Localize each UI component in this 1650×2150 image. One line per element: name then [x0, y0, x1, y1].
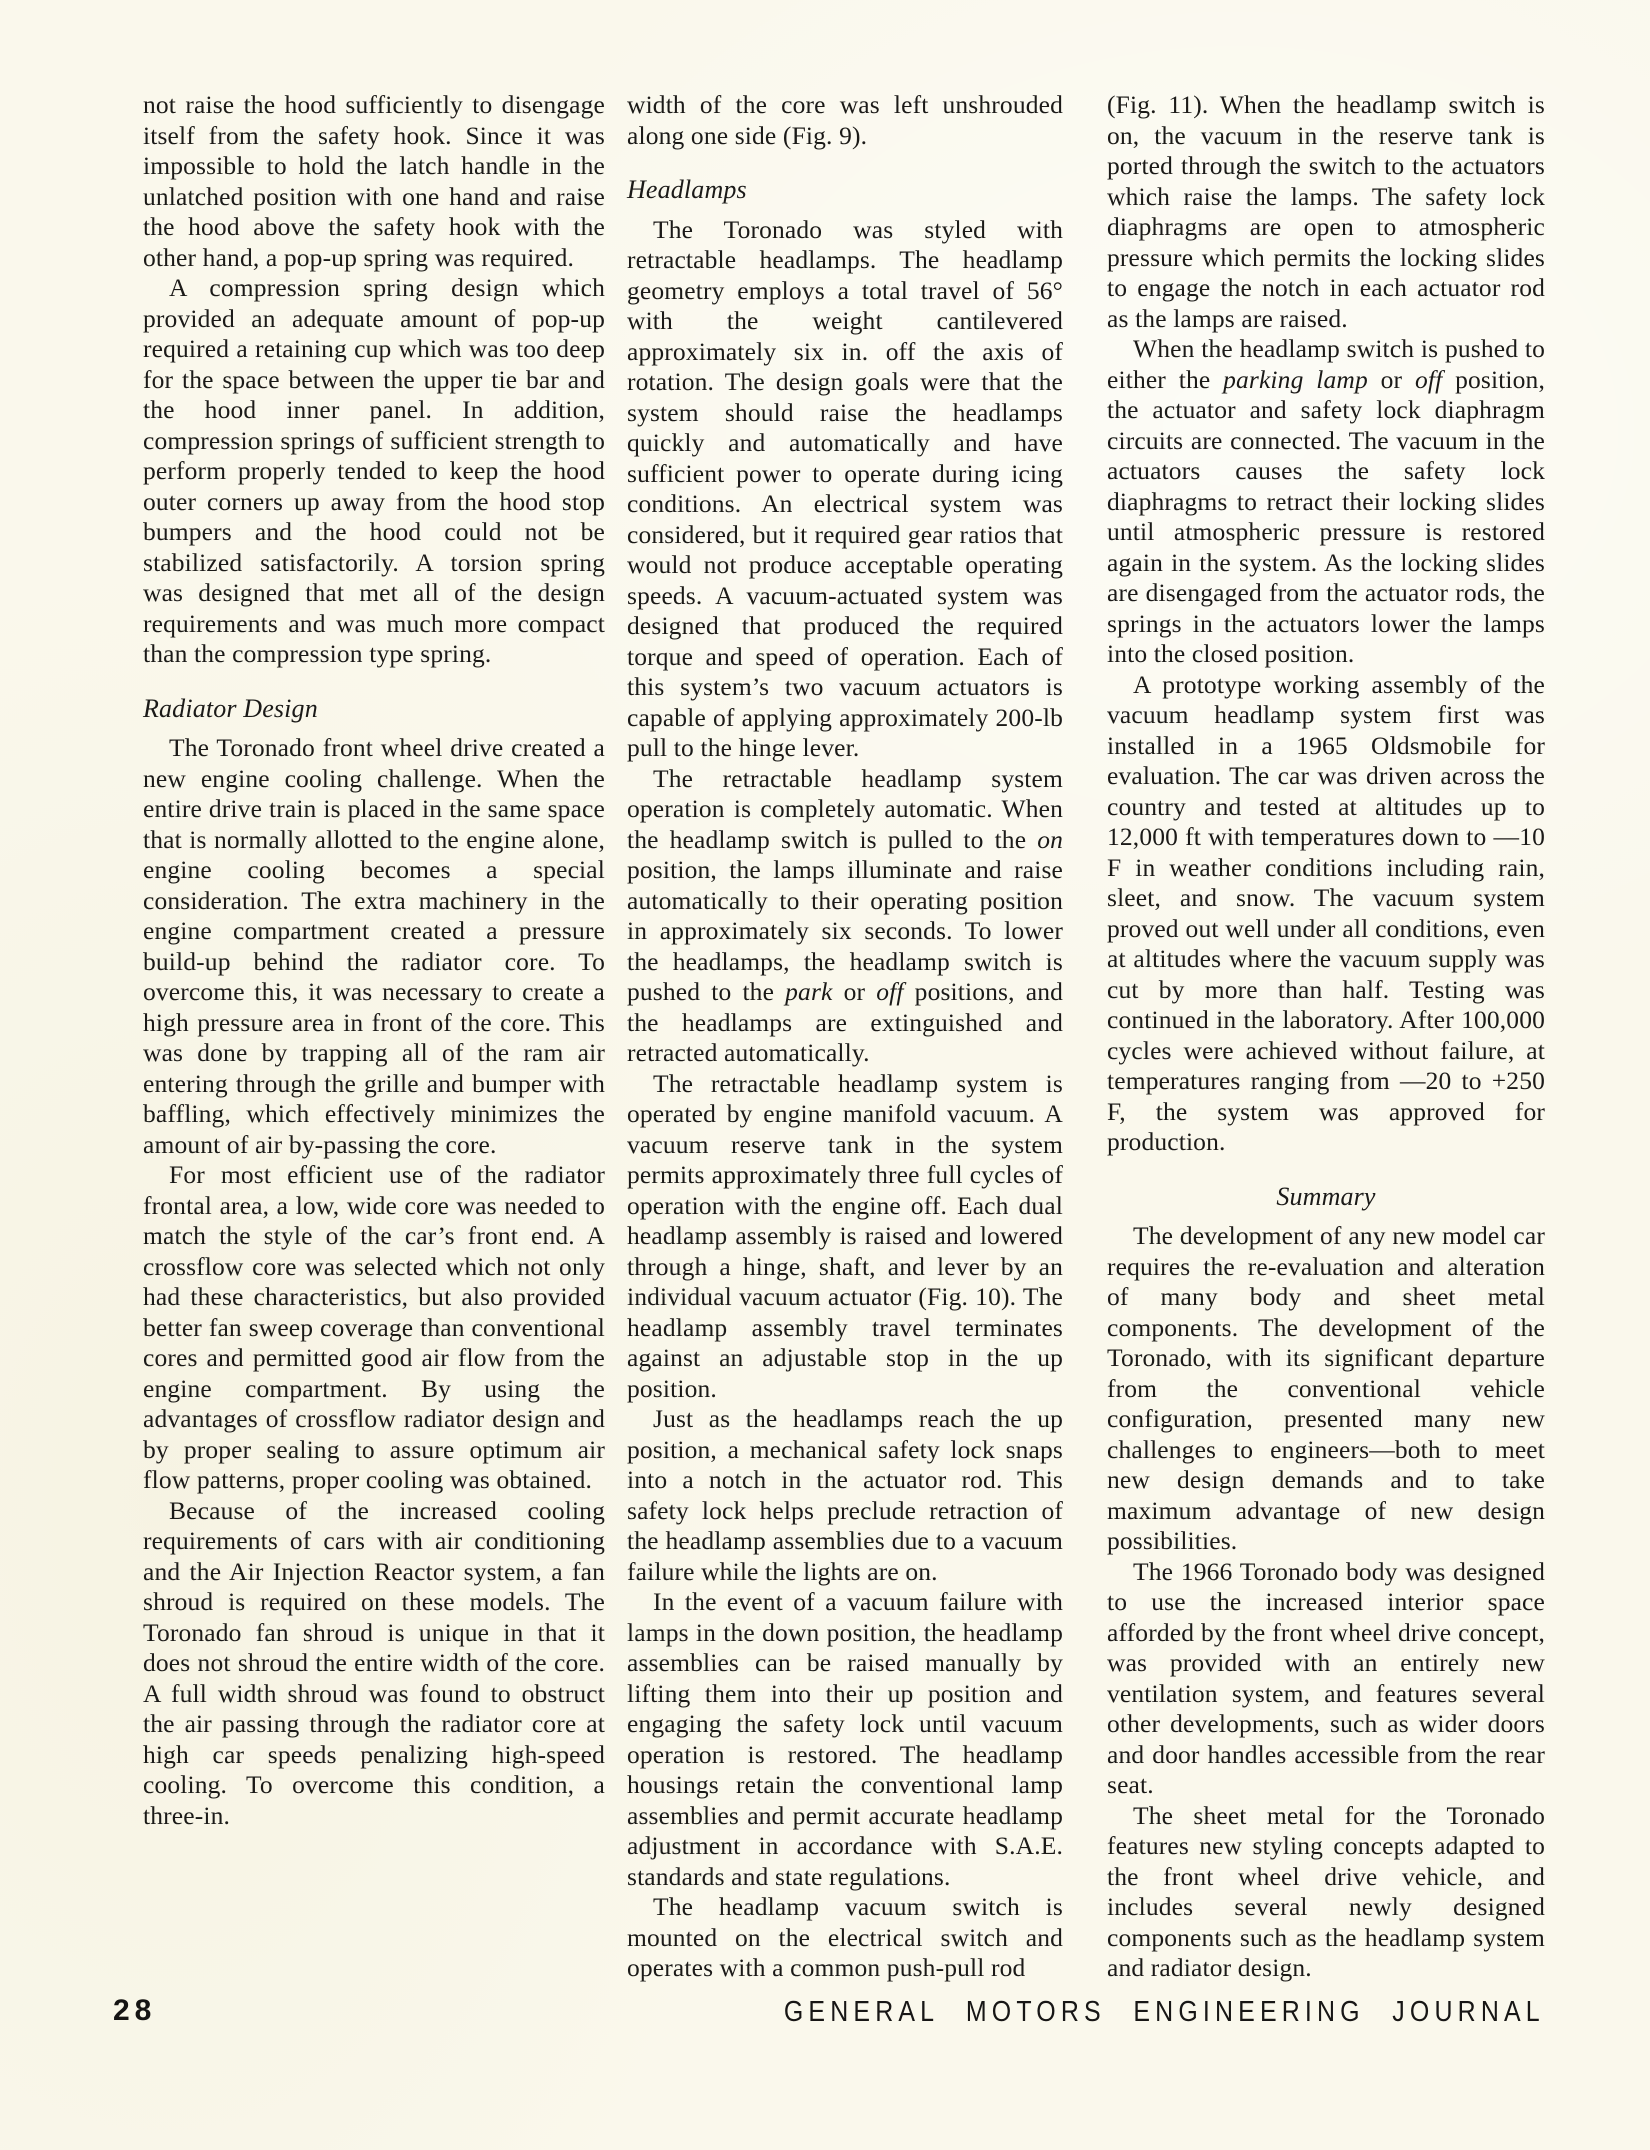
- paragraph: The headlamp vacuum switch is mounted on…: [627, 1892, 1063, 1984]
- page-number: 28: [113, 1994, 156, 2028]
- paragraph: A compression spring design which provid…: [143, 273, 605, 670]
- section-heading: Radiator Design: [143, 694, 605, 725]
- section-heading: Headlamps: [627, 175, 1063, 206]
- page-footer: 28 GENERAL MOTORS ENGINEERING JOURNAL: [0, 1994, 1650, 2034]
- paragraph: (Fig. 11). When the headlamp switch is o…: [1107, 90, 1545, 334]
- column-3: (Fig. 11). When the headlamp switch is o…: [1107, 90, 1545, 1984]
- paragraph: The retractable headlamp system operatio…: [627, 764, 1063, 1069]
- paragraph: The Toronado was styled with retractable…: [627, 215, 1063, 764]
- paragraph: Because of the increased cooling require…: [143, 1496, 605, 1832]
- column-2: width of the core was left unshrouded al…: [627, 90, 1063, 1984]
- paragraph: The 1966 Toronado body was designed to u…: [1107, 1557, 1545, 1801]
- section-heading: Summary: [1107, 1182, 1545, 1213]
- paragraph: The Toronado front wheel drive created a…: [143, 733, 605, 1160]
- column-1: not raise the hood sufficiently to disen…: [143, 90, 605, 1984]
- paragraph: The retractable headlamp system is opera…: [627, 1069, 1063, 1405]
- paragraph: width of the core was left unshrouded al…: [627, 90, 1063, 151]
- paragraph: When the headlamp switch is pushed to ei…: [1107, 334, 1545, 670]
- paragraph: Just as the headlamps reach the up posit…: [627, 1404, 1063, 1587]
- paragraph: not raise the hood sufficiently to disen…: [143, 90, 605, 273]
- paragraph: The sheet metal for the Toronado feature…: [1107, 1801, 1545, 1984]
- paragraph: For most efficient use of the radiator f…: [143, 1160, 605, 1496]
- article-columns: not raise the hood sufficiently to disen…: [143, 90, 1545, 1984]
- paragraph: A prototype working assembly of the vacu…: [1107, 670, 1545, 1158]
- journal-title: GENERAL MOTORS ENGINEERING JOURNAL: [784, 1996, 1545, 2029]
- paragraph: In the event of a vacuum failure with la…: [627, 1587, 1063, 1892]
- journal-page: not raise the hood sufficiently to disen…: [0, 0, 1650, 2150]
- paragraph: The development of any new model car req…: [1107, 1221, 1545, 1557]
